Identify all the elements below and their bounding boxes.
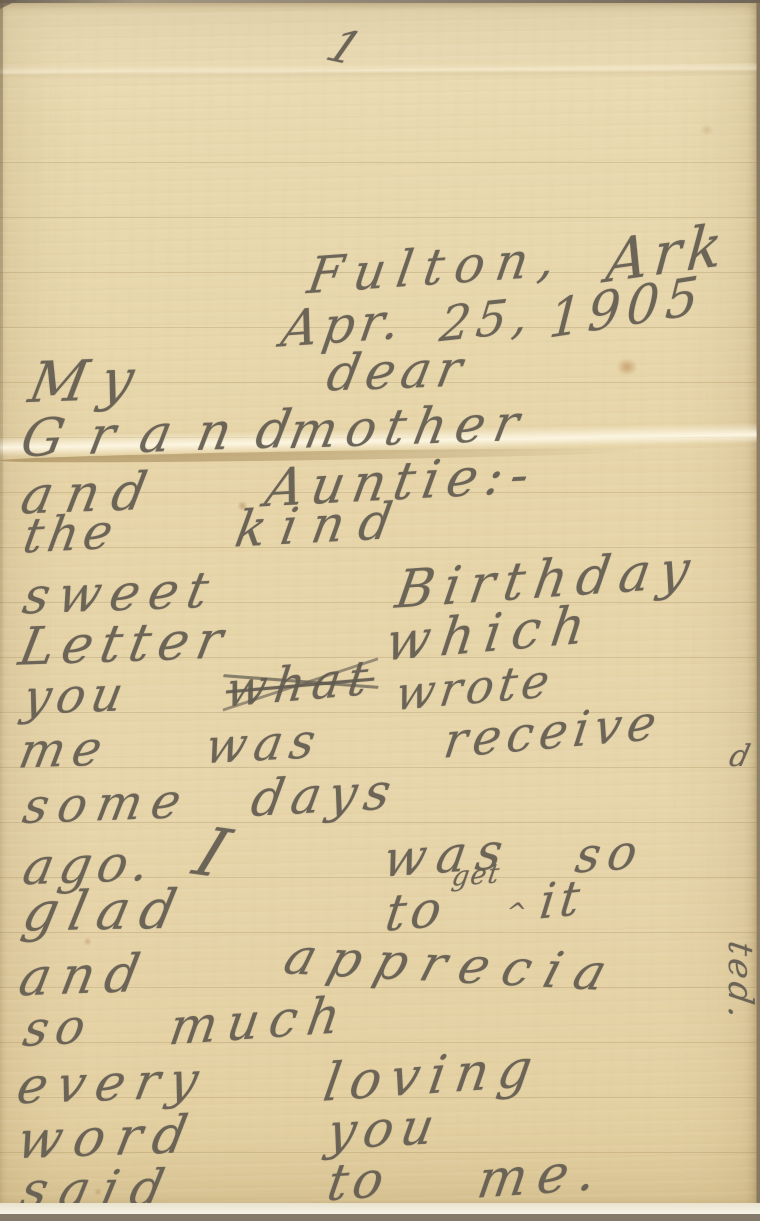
handwriting-word: to [383, 883, 450, 939]
handwriting-word: was [202, 717, 326, 772]
handwriting-word: you [19, 670, 133, 722]
handwriting-word: so [20, 1002, 96, 1054]
handwriting-layer: 1Fulton,ArkApr.25,1905MydearGrandmothera… [0, 2, 757, 1206]
handwriting-word: kind [232, 495, 411, 554]
handwriting-word: me [15, 724, 113, 775]
handwriting-word: Grand [17, 403, 321, 466]
handwriting-word: me. [474, 1145, 610, 1207]
handwriting-word: to [324, 1154, 392, 1209]
scan-right-edge [756, 0, 760, 1221]
handwriting-word: the [20, 507, 121, 560]
caret: ^ [503, 900, 529, 924]
handwriting-word: I [186, 820, 238, 889]
handwriting-word: dear [323, 343, 472, 398]
handwriting-word: it [537, 873, 587, 927]
handwriting-word: days [248, 766, 402, 824]
struck-word: what [223, 653, 378, 715]
handwriting-word: every [13, 1055, 212, 1112]
scan-left-edge [0, 0, 3, 733]
inserted-word: get [450, 860, 502, 891]
page-number: 1 [320, 23, 369, 72]
handwriting-word: some [19, 777, 194, 831]
handwriting-word: and [15, 948, 154, 1005]
handwriting-word: much [166, 989, 353, 1052]
handwriting-word: Letter [15, 614, 235, 674]
letter-scan: 1Fulton,ArkApr.25,1905MydearGrandmothera… [0, 0, 760, 1221]
handwriting-word: you [324, 1101, 446, 1157]
letter-paper: 1Fulton,ArkApr.25,1905MydearGrandmothera… [0, 2, 757, 1206]
handwriting-word: glad [18, 882, 191, 939]
handwriting-word: My [25, 352, 153, 412]
appended-letter: d [727, 742, 753, 772]
margin-word: ted. [723, 939, 757, 1024]
scan-bottom-edge [0, 1214, 760, 1221]
dateline-year: 1905 [547, 269, 706, 347]
scan-top-edge [0, 0, 760, 3]
